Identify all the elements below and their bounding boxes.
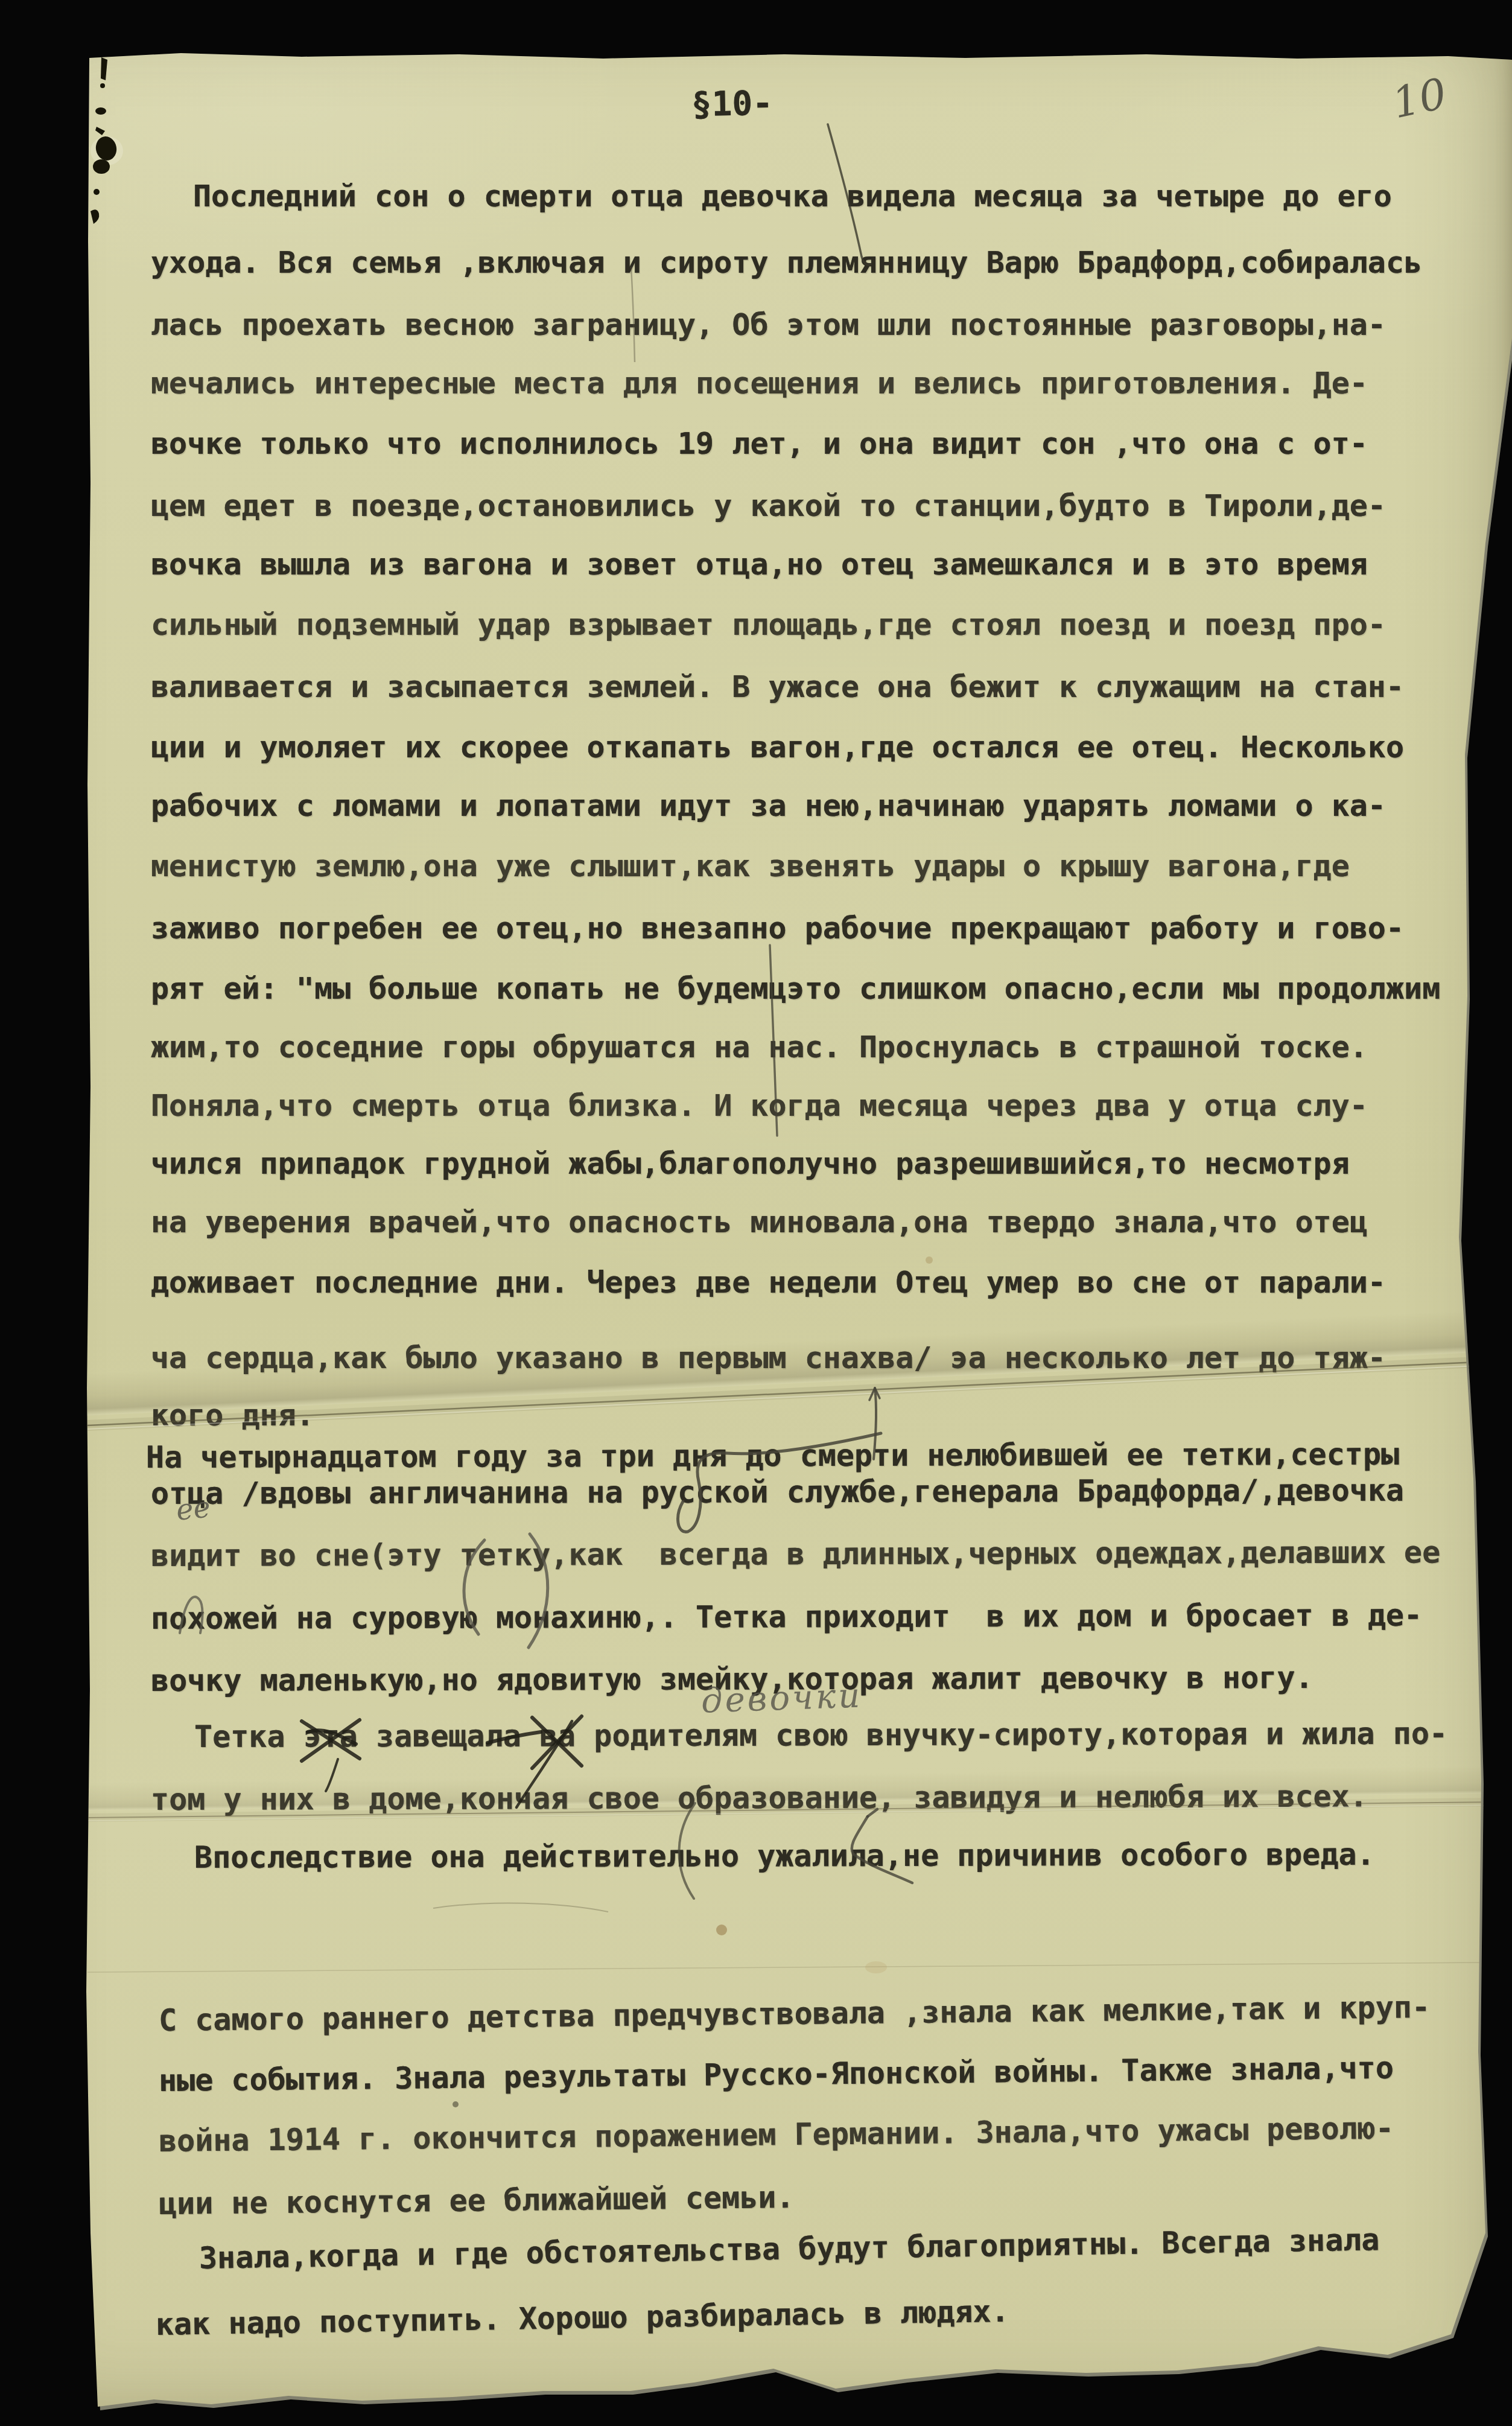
typed-line: вочку маленькую,но ядовитую змейку,котор… — [151, 1663, 1313, 1696]
typed-line: том у них в доме,кончая свое образование… — [151, 1781, 1368, 1815]
typed-line: вочка вышла из вагона и зовет отца,но от… — [151, 549, 1368, 579]
strikeout-eta — [302, 1720, 360, 1791]
pen-paren-close — [529, 1534, 548, 1648]
hairline-scratch — [433, 1903, 608, 1912]
typed-line: лась проехать весною заграницу, Об этом … — [151, 310, 1386, 340]
typed-line: мечались интересные места для посещения … — [151, 368, 1368, 398]
pen-marks-overlay — [0, 0, 1512, 2426]
fold-crease-line-lower — [87, 1802, 1490, 1821]
typed-line: цем едет в поезде,остановились у какой т… — [151, 491, 1386, 521]
section-heading: §10- — [691, 84, 773, 124]
typed-line: кого дня. — [151, 1400, 314, 1430]
typed-line: война 1914 г. окончится поражением Герма… — [159, 2113, 1394, 2156]
document-page: §10- 10 Последний сон о смерти отца дево… — [0, 0, 1512, 2426]
page-number-handwritten: 10 — [1388, 69, 1450, 129]
typed-line: как надо поступить. Хорошо разбиралась в… — [156, 2296, 1009, 2340]
handwritten-insertion-devochki: девочки — [700, 1676, 863, 1721]
pen-flourish-loop — [678, 1388, 881, 1532]
typed-line: доживает последние дни. Через две недели… — [151, 1267, 1386, 1297]
typed-line: чился припадок грудной жабы,благополучно… — [151, 1148, 1350, 1179]
strikeout-va — [488, 1716, 582, 1807]
fold-crease-shadow-lower — [0, 1765, 1512, 1812]
pen-stroke-through-word — [679, 1803, 695, 1899]
handwritten-insertion-ee: ее — [174, 1490, 212, 1527]
scan-background: §10- 10 Последний сон о смерти отца дево… — [0, 0, 1512, 2426]
margin-ink-marks — [91, 57, 123, 224]
typed-line: похожей на суровую монахиню,. Тетка прих… — [151, 1600, 1422, 1634]
pen-hairline-vertical — [631, 267, 635, 362]
typed-line: видит во сне(эту тетку,как всегда в длин… — [151, 1537, 1440, 1571]
paper-stains — [453, 376, 944, 2107]
typed-line: отца /вдовы англичанина на русской служб… — [151, 1476, 1404, 1509]
typed-line: рят ей: "мы больше копать не будемцэто с… — [151, 973, 1440, 1004]
typed-line: заживо погребен ее отец,но внезапно рабо… — [151, 913, 1404, 943]
pen-paren-open — [464, 1540, 484, 1634]
typed-line: валивается и засыпается землей. В ужасе … — [151, 672, 1404, 702]
typed-line: рабочих с ломами и лопатами идут за нею,… — [151, 791, 1386, 821]
typed-line: Знала,когда и где обстоятельства будут б… — [199, 2224, 1380, 2273]
pen-stroke-vertical-mid — [770, 945, 777, 1136]
typed-line: На четырнадцатом году за три дня до смер… — [146, 1439, 1399, 1472]
typed-line: ные события. Знала результаты Русско-Япо… — [159, 2053, 1394, 2096]
typed-line: вочке только что исполнилось 19 лет, и о… — [151, 428, 1368, 459]
typed-line: менистую землю,она уже слышит,как звенят… — [151, 851, 1350, 881]
typed-line: на уверения врачей,что опасность миновал… — [151, 1207, 1368, 1237]
fold-crease-line-upper — [87, 1361, 1490, 1429]
torn-paper-rim: §10- 10 Последний сон о смерти отца дево… — [0, 0, 1512, 2426]
typed-line: ухода. Вся семья ,включая и сироту племя… — [151, 247, 1422, 278]
typed-line: ча сердца,как было указано в первым снах… — [151, 1343, 1386, 1373]
typed-line: Впоследствие она действительно ужалила,н… — [194, 1839, 1375, 1873]
typed-line: С самого раннего детства предчувствовала… — [159, 1992, 1431, 2036]
pen-arrow-mark — [852, 1809, 912, 1883]
pen-caret-mark — [180, 1597, 203, 1633]
typed-line: Последний сон о смерти отца девочка виде… — [193, 181, 1392, 211]
typed-line: ции и умоляет их скорее откапать вагон,г… — [151, 732, 1404, 762]
typed-line: ции не коснутся ее ближайшей семьи. — [159, 2182, 795, 2219]
typed-line: жим,то соседние горы обрушатся на нас. П… — [151, 1032, 1368, 1062]
pen-stroke-diagonal-top — [828, 124, 871, 265]
typed-line: Поняла,что смерть отца близка. И когда м… — [151, 1090, 1368, 1121]
typed-line: Тетка эта завещала ва родителям свою вну… — [194, 1719, 1447, 1752]
typed-line: сильный подземный удар взрывает площадь,… — [151, 610, 1386, 640]
fold-crease-shadow-upper — [0, 1308, 1511, 1419]
faint-crease-line — [87, 1963, 1490, 1972]
